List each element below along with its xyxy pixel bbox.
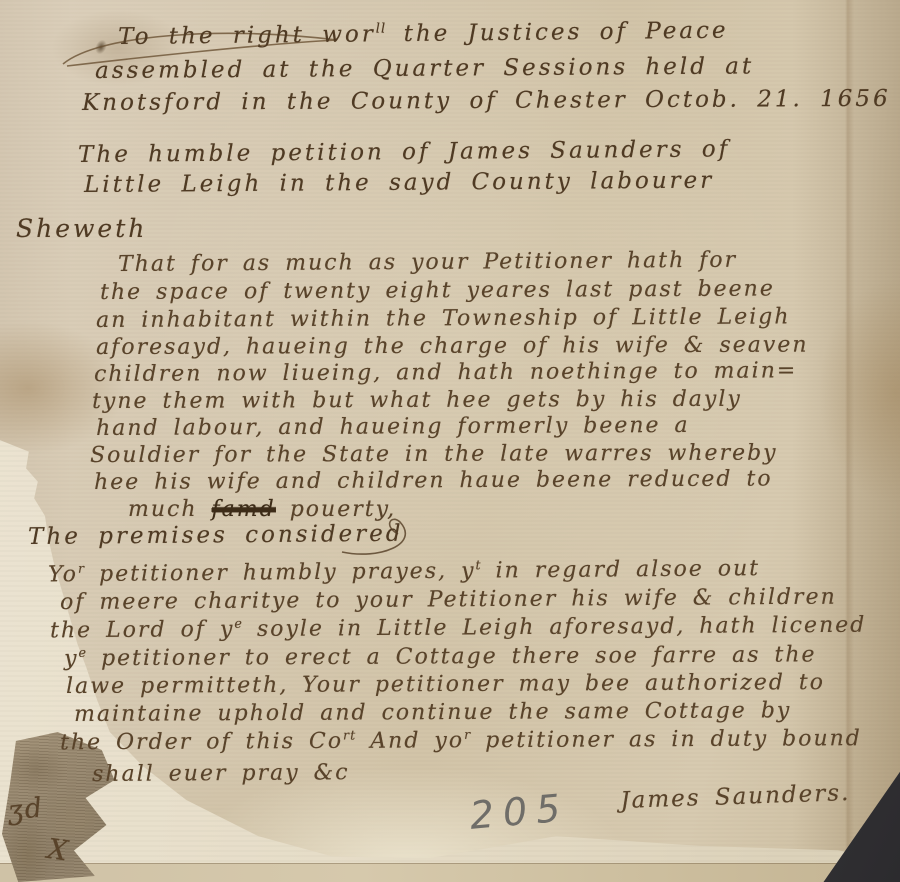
prayer-7c: petitioner as in duty bound [471,726,862,753]
prayer-7b: And yo [356,728,464,754]
body-line: the space of twenty eight yeares last pa… [100,276,775,305]
body-line: Souldier for the State in the late warre… [90,441,778,468]
body-line: That for as much as your Petitioner hath… [118,248,737,277]
prayer-3-sup: e [234,617,243,632]
struck-out-word: famd [212,497,276,522]
address-superscript: ll [376,22,387,37]
address-line-1-rest: the Justices of Peace [386,18,729,48]
prayer-line-5: lawe permitteth, Your petitioner may bee… [66,670,825,699]
prayer-4b: petitioner to erect a Cottage there soe … [87,642,817,671]
body-last-line-post: pouerty, [276,497,396,522]
body-line: aforesayd, haueing the charge of his wif… [96,333,809,360]
underlying-page-edge [0,863,900,882]
prayer-4-sup: e [78,646,87,661]
petition-page: To the right worll the Justices of Peace… [0,0,900,882]
margin-mark: ʒd [6,792,46,827]
body-last-line: much famd pouerty, [128,497,396,522]
prayer-1c: in regard alsoe out [481,556,760,583]
prayer-7a: the Order of this Co [60,729,343,755]
body-line: hee his wife and children haue beene red… [94,466,773,495]
margin-x-mark: X [45,832,71,868]
address-line-1-text: To the right wor [118,21,376,50]
address-line-3: Knotsford in the County of Chester Octob… [82,86,891,116]
prayer-line-6: maintaine uphold and continue the same C… [74,698,791,727]
sheweth-heading: Sheweth [16,214,147,243]
body-line: an inhabitant within the Towneship of Li… [96,304,791,333]
prayer-7-sup: rt [343,728,356,743]
pencil-folio-number: 205 [468,785,571,838]
prayer-1a: Yo [48,562,78,587]
ink-blemish [88,33,113,60]
prayer-line-4: ye petitioner to erect a Cottage there s… [64,642,817,671]
prayer-3b: soyle in Little Leigh aforesayd, hath li… [243,613,867,642]
body-line: children now liueing, and hath noethinge… [94,358,797,387]
prayer-closing: shall euer pray &c [92,760,350,787]
title-line-2: Little Leigh in the sayd County labourer [84,168,714,198]
premises-line: The premises considered [28,521,404,550]
body-line: hand labour, and haueing formerly beene … [96,413,690,441]
address-line-2: assembled at the Quarter Sessions held a… [95,53,754,84]
prayer-1b: petitioner humbly prayes, y [85,559,476,587]
prayer-4a: y [64,646,79,671]
prayer-3a: the Lord of y [50,617,234,643]
prayer-line-7: the Order of this Cort And yor petitione… [60,726,862,756]
body-line: tyne them with but what hee gets by his … [92,387,742,414]
body-last-line-pre: much [128,497,212,522]
